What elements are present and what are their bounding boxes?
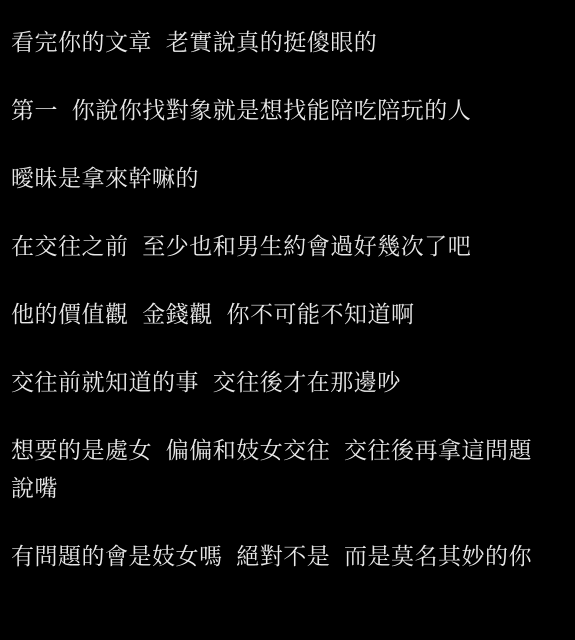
post-paragraph-6: 交往前就知道的事 交往後才在那邊吵 <box>11 363 563 401</box>
post-body: 看完你的文章 老實說真的挺傻眼的 第一 你說你找對象就是想找能陪吃陪玩的人 曖昧… <box>0 0 575 640</box>
post-paragraph-1: 看完你的文章 老實說真的挺傻眼的 <box>11 23 563 61</box>
post-paragraph-7: 想要的是處女 偏偏和妓女交往 交往後再拿這問題 說嘴 <box>11 431 563 507</box>
post-paragraph-4: 在交往之前 至少也和男生約會過好幾次了吧 <box>11 227 563 265</box>
post-paragraph-8: 有問題的會是妓女嗎 絕對不是 而是莫名其妙的你 <box>11 537 563 575</box>
post-paragraph-3: 曖昧是拿來幹嘛的 <box>11 159 563 197</box>
post-paragraph-5: 他的價值觀 金錢觀 你不可能不知道啊 <box>11 295 563 333</box>
post-paragraph-2: 第一 你說你找對象就是想找能陪吃陪玩的人 <box>11 91 563 129</box>
